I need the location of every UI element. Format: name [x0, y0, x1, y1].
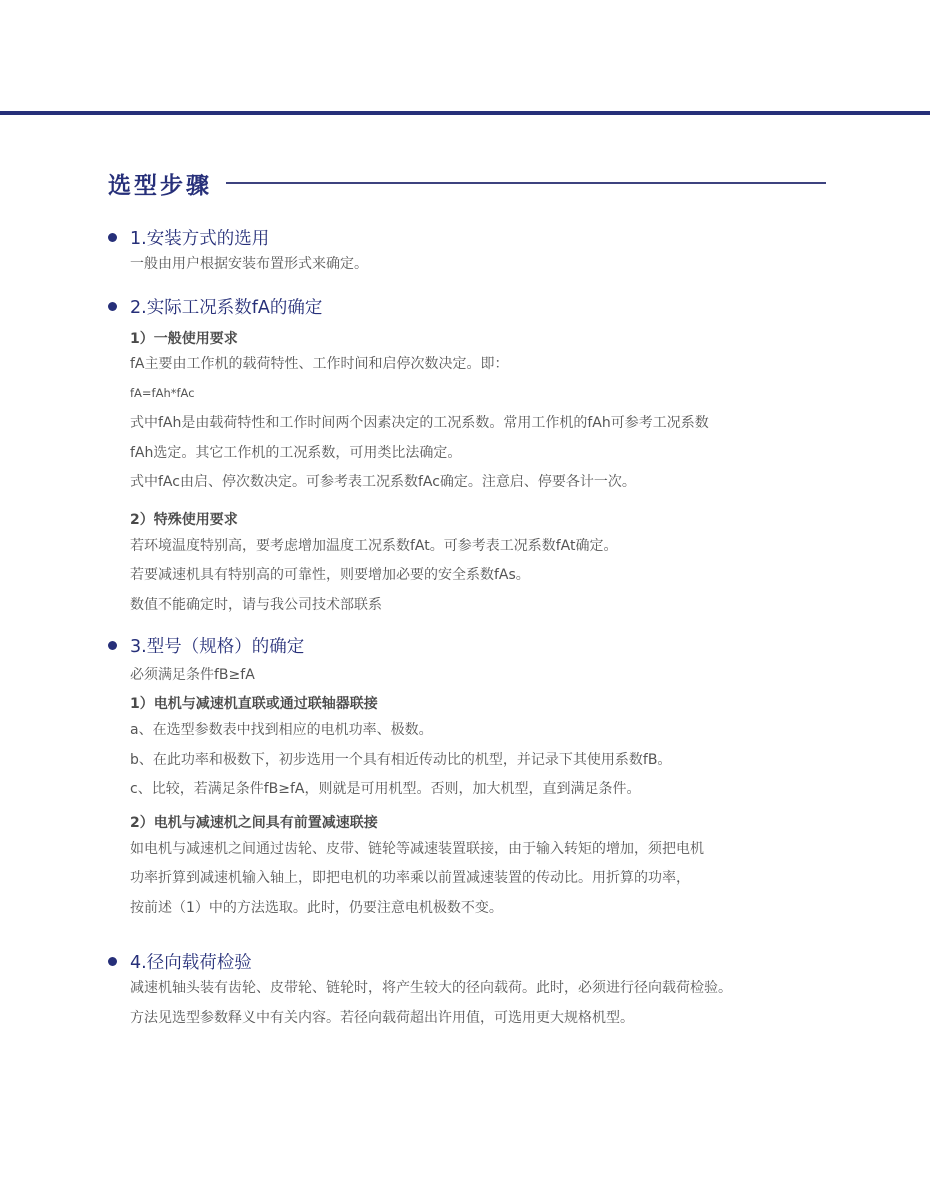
page-title: 选型步骤: [108, 167, 212, 200]
body-text: 减速机轴头装有齿轮、皮带轮、链轮时，将产生较大的径向载荷。此时，必须进行径向载荷…: [130, 974, 868, 1004]
section-model-selection: 3.型号（规格）的确定 必须满足条件fB≥fA 1）电机与减速机直联或通过联轴器…: [108, 632, 868, 923]
body-text: 式中fAc由启、停次数决定。可参考表工况系数fAc确定。注意启、停要各计一次。: [130, 468, 868, 498]
header-bar: [0, 111, 930, 115]
subsection-heading: 1）电机与减速机直联或通过联轴器联接: [130, 692, 868, 716]
subsection-heading: 2）电机与减速机之间具有前置减速联接: [130, 811, 868, 835]
section-title: 1.安装方式的选用: [130, 225, 269, 250]
body-text: 如电机与减速机之间通过齿轮、皮带、链轮等减速装置联接，由于输入转矩的增加，须把电…: [130, 835, 868, 865]
body-text: 若环境温度特别高，要考虑增加温度工况系数fAt。可参考表工况系数fAt确定。: [130, 532, 868, 562]
section-radial-load: 4.径向载荷检验 减速机轴头装有齿轮、皮带轮、链轮时，将产生较大的径向载荷。此时…: [108, 948, 868, 1033]
subsection-heading: 2）特殊使用要求: [130, 508, 868, 532]
bullet-icon: [108, 302, 117, 311]
body-text: b、在此功率和极数下，初步选用一个具有相近传动比的机型，并记录下其使用系数fB。: [130, 746, 868, 776]
bullet-icon: [108, 641, 117, 650]
section-title: 3.型号（规格）的确定: [130, 633, 304, 658]
body-text: 功率折算到减速机输入轴上，即把电机的功率乘以前置减速装置的传动比。用折算的功率，: [130, 864, 868, 894]
title-divider: [226, 182, 826, 184]
section-title: 2.实际工况系数fA的确定: [130, 294, 322, 319]
section-heading: 1.安装方式的选用: [108, 224, 868, 250]
body-text: 若要减速机具有特别高的可靠性，则要增加必要的安全系数fAs。: [130, 561, 868, 591]
subsection-heading: 1）一般使用要求: [130, 327, 868, 351]
body-text: 式中fAh是由载荷特性和工作时间两个因素决定的工况系数。常用工作机的fAh可参考…: [130, 409, 868, 439]
condition-text: 必须满足条件fB≥fA: [130, 658, 868, 692]
section-heading: 2.实际工况系数fA的确定: [108, 293, 868, 319]
page-title-row: 选型步骤: [108, 168, 826, 198]
section-installation: 1.安装方式的选用 一般由用户根据安装布置形式来确定。: [108, 224, 868, 280]
body-text: fA主要由工作机的载荷特性、工作时间和启停次数决定。即：: [130, 351, 868, 377]
body-text: 数值不能确定时，请与我公司技术部联系: [130, 591, 868, 621]
section-service-factor: 2.实际工况系数fA的确定 1）一般使用要求 fA主要由工作机的载荷特性、工作时…: [108, 293, 868, 620]
formula-text: fA=fAh*fAc: [130, 377, 868, 409]
section-heading: 3.型号（规格）的确定: [108, 632, 868, 658]
body-text: fAh选定。其它工作机的工况系数，可用类比法确定。: [130, 439, 868, 469]
bullet-icon: [108, 233, 117, 242]
bullet-icon: [108, 957, 117, 966]
body-text: c、比较，若满足条件fB≥fA，则就是可用机型。否则，加大机型，直到满足条件。: [130, 775, 868, 805]
section-title: 4.径向载荷检验: [130, 949, 252, 974]
body-text: 方法见选型参数释义中有关内容。若径向载荷超出许用值，可选用更大规格机型。: [130, 1004, 868, 1034]
body-text: a、在选型参数表中找到相应的电机功率、极数。: [130, 716, 868, 746]
section-heading: 4.径向载荷检验: [108, 948, 868, 974]
body-text: 一般由用户根据安装布置形式来确定。: [130, 250, 868, 280]
body-text: 按前述（1）中的方法选取。此时，仍要注意电机极数不变。: [130, 894, 868, 924]
